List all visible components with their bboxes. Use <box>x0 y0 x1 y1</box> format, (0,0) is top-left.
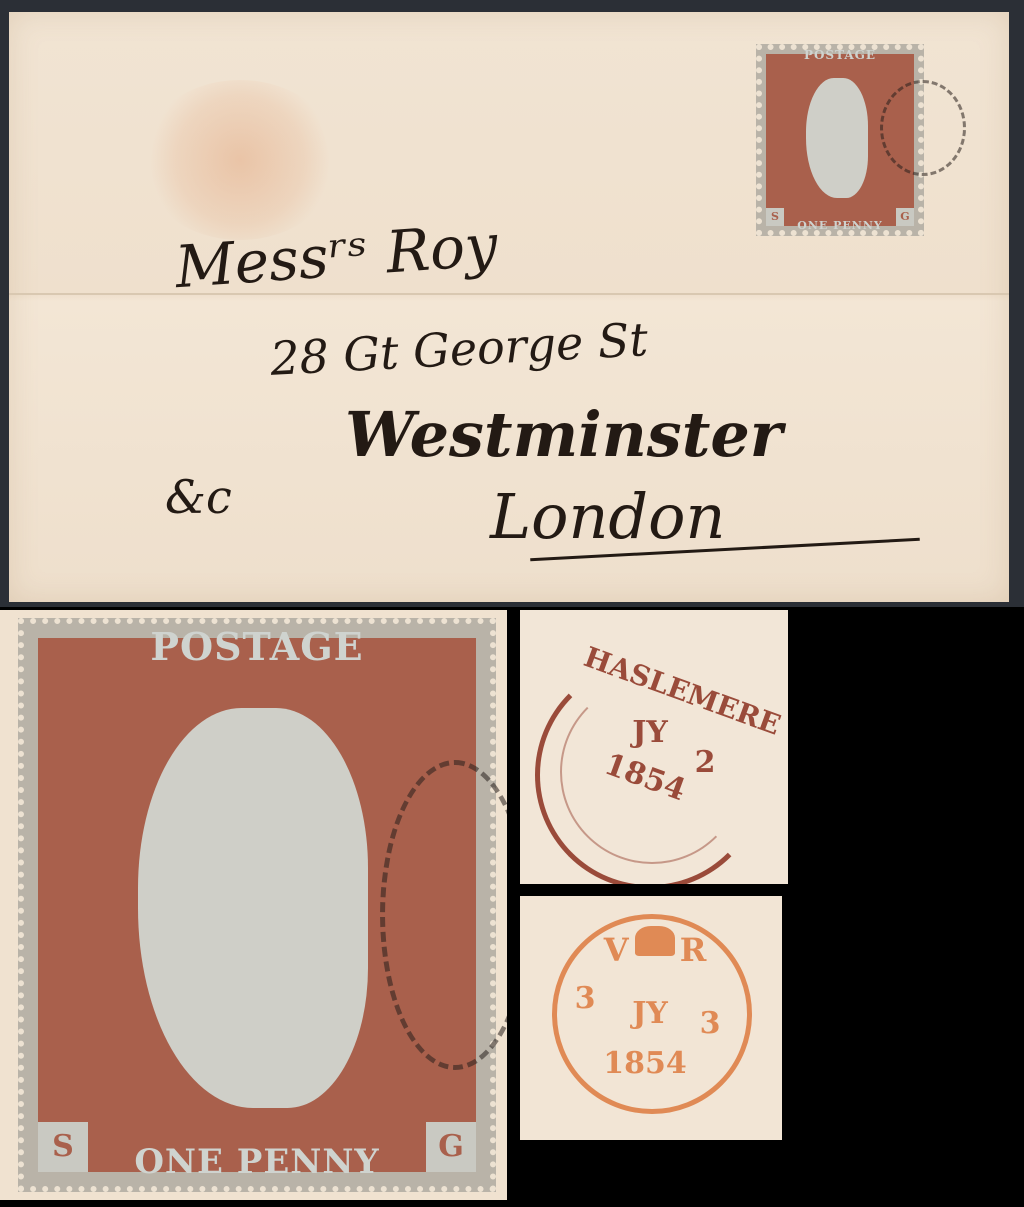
postmark-day-2: 3 <box>695 1006 725 1041</box>
postmark-day: 2 <box>690 745 720 780</box>
faint-postmark <box>140 80 340 240</box>
postmark-month: JY <box>615 996 685 1031</box>
address-city: London <box>490 480 725 553</box>
envelope-cover-panel: Messʳˢ Roy 28 Gt George St Westminster L… <box>0 0 1024 607</box>
postmark-day: 3 <box>570 981 600 1016</box>
postmark-cipher: V R <box>590 931 720 969</box>
arrival-postmark-panel: V R 3 JY 3 1854 <box>520 896 782 1140</box>
envelope-fold <box>9 293 1009 295</box>
departure-postmark-panel: HASLEMERE JY 2 1854 <box>520 610 788 884</box>
postmark-month: JY <box>620 715 680 750</box>
address-district: Westminster <box>345 398 782 471</box>
postmark-year: 1854 <box>585 1046 705 1081</box>
enlarged-stamp-panel: POSTAGE ONE PENNY S G <box>0 610 507 1200</box>
address-side-mark: &c <box>165 470 232 524</box>
numeral-cancel <box>880 80 966 176</box>
